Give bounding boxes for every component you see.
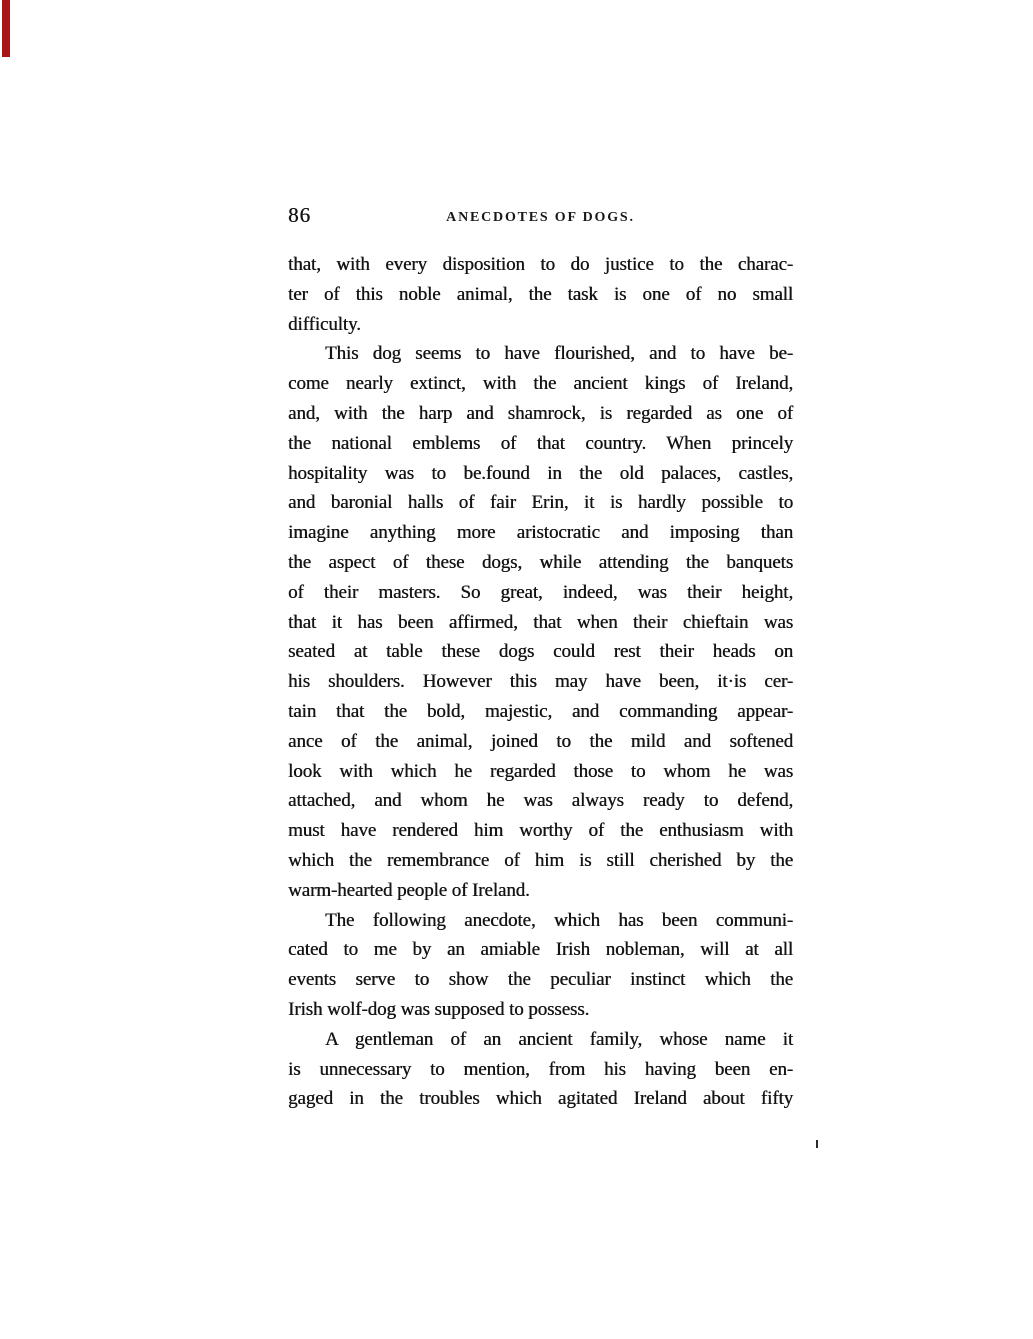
- text-line: This dog seems to have flourished, and t…: [288, 339, 793, 369]
- page-header: 86 ANECDOTES OF DOGS.: [288, 203, 793, 235]
- text-line: events serve to show the peculiar instin…: [288, 965, 793, 995]
- text-line: of their masters. So great, indeed, was …: [288, 578, 793, 608]
- text-line: the aspect of these dogs, while attendin…: [288, 548, 793, 578]
- text-line: is unnecessary to mention, from his havi…: [288, 1055, 793, 1085]
- text-line: must have rendered him worthy of the ent…: [288, 816, 793, 846]
- text-line: and baronial halls of fair Erin, it is h…: [288, 488, 793, 518]
- text-line: that, with every disposition to do justi…: [288, 250, 793, 280]
- scan-speck-artifact: [816, 1140, 818, 1148]
- text-column: that, with every disposition to do justi…: [288, 250, 793, 1114]
- text-line: come nearly extinct, with the ancient ki…: [288, 369, 793, 399]
- paragraph: This dog seems to have flourished, and t…: [288, 339, 793, 905]
- text-line: tain that the bold, majestic, and comman…: [288, 697, 793, 727]
- text-line: ance of the animal, joined to the mild a…: [288, 727, 793, 757]
- text-line: gaged in the troubles which agitated Ire…: [288, 1084, 793, 1114]
- text-line: imagine anything more aristocratic and i…: [288, 518, 793, 548]
- paragraph: that, with every disposition to do justi…: [288, 250, 793, 339]
- text-line: attached, and whom he was always ready t…: [288, 786, 793, 816]
- paragraph: The following anecdote, which has been c…: [288, 906, 793, 1025]
- text-line: difficulty.: [288, 310, 793, 340]
- text-line: and, with the harp and shamrock, is rega…: [288, 399, 793, 429]
- text-line: look with which he regarded those to who…: [288, 757, 793, 787]
- text-line: ter of this noble animal, the task is on…: [288, 280, 793, 310]
- text-line: Irish wolf-dog was supposed to possess.: [288, 995, 793, 1025]
- paragraph: A gentleman of an ancient family, whose …: [288, 1025, 793, 1114]
- text-line: warm-hearted people of Ireland.: [288, 876, 793, 906]
- red-edge-scan-mark: [2, 0, 10, 57]
- text-line: his shoulders. However this may have bee…: [288, 667, 793, 697]
- text-line: the national emblems of that country. Wh…: [288, 429, 793, 459]
- text-line: A gentleman of an ancient family, whose …: [288, 1025, 793, 1055]
- text-line: seated at table these dogs could rest th…: [288, 637, 793, 667]
- running-title: ANECDOTES OF DOGS.: [288, 210, 793, 226]
- book-page: 86 ANECDOTES OF DOGS. that, with every d…: [0, 0, 1033, 1339]
- text-line: cated to me by an amiable Irish nobleman…: [288, 935, 793, 965]
- text-line: which the remembrance of him is still ch…: [288, 846, 793, 876]
- text-line: that it has been affirmed, that when the…: [288, 608, 793, 638]
- text-line: The following anecdote, which has been c…: [288, 906, 793, 936]
- text-line: hospitality was to be.found in the old p…: [288, 459, 793, 489]
